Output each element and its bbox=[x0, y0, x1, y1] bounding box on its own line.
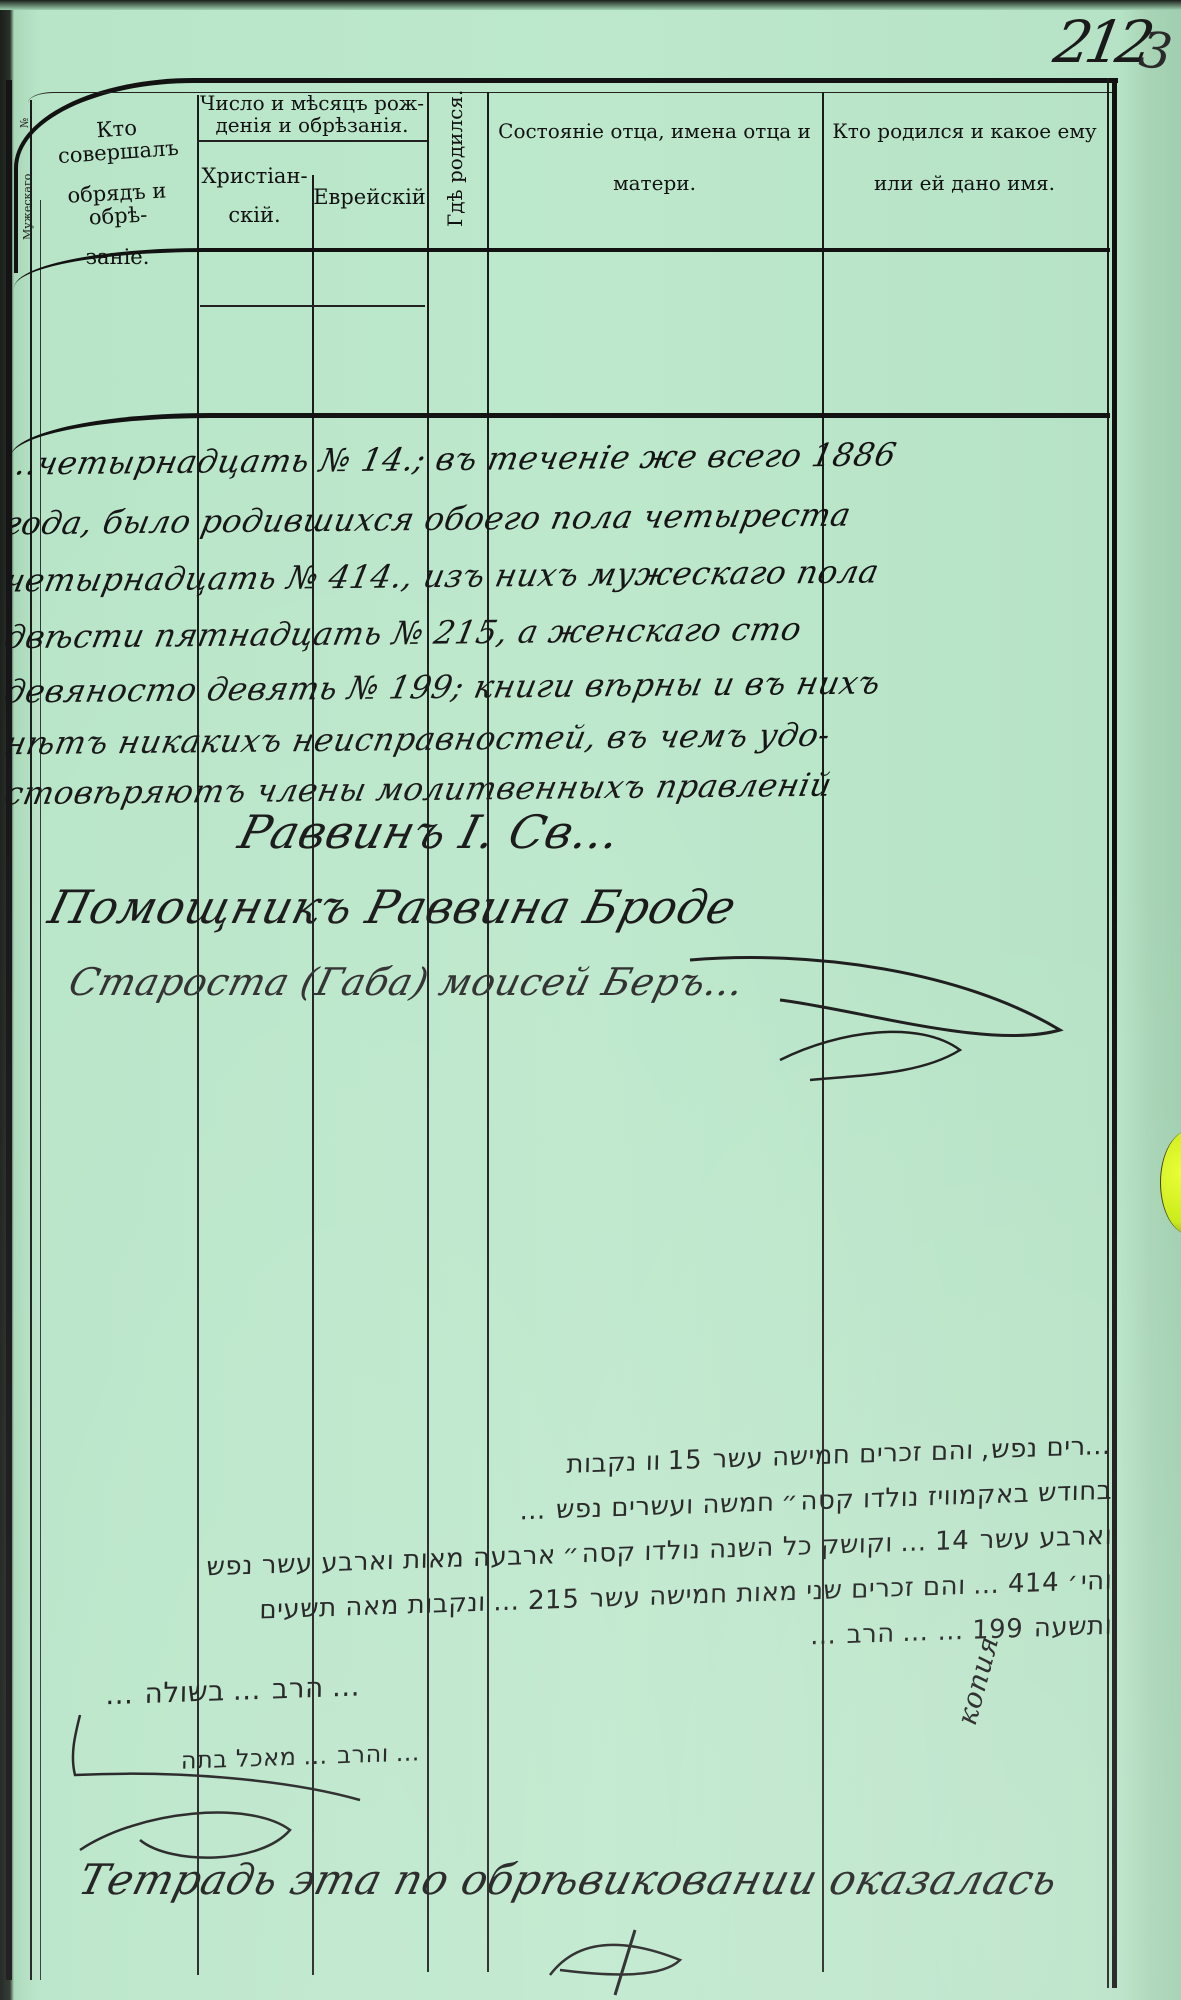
summary-line-3: четырнадцать № 414., изъ нихъ мужескаго … bbox=[1, 552, 882, 599]
date-row-divider bbox=[200, 305, 425, 307]
col-date-group-header: Число и мѣсяцъ рож- денія и обрѣзанія. bbox=[197, 92, 427, 136]
summary-line-2: года, было родившихся обоего пола четыре… bbox=[1, 496, 854, 543]
col-performer-header: Кто совершалъ обрядъ и обрѣ- заніе. bbox=[40, 118, 195, 269]
summary-line-5: девяносто девять № 199; книги вѣрны и въ… bbox=[1, 663, 884, 710]
summary-line-4: двѣсти пятнадцать № 215, а женскаго сто bbox=[1, 610, 805, 656]
signature-rabbi: Раввинъ I. Св… bbox=[233, 805, 626, 859]
table-right-border bbox=[1112, 78, 1117, 1988]
table-right-inner-border bbox=[1107, 78, 1109, 1988]
col-gender-label: Мужескаго bbox=[21, 174, 34, 240]
signature-elder: Староста (Габа) моисей Беръ… bbox=[65, 960, 750, 1004]
col-number-label: № bbox=[18, 118, 31, 128]
hebrew-signature-flourish bbox=[30, 1690, 430, 1870]
edge-mark: 3 bbox=[1136, 20, 1176, 82]
col-parents-header: Состояніе отца, имена отца и матери. bbox=[487, 120, 822, 194]
summary-line-1: …четырнадцать № 14.; въ теченіе же всего… bbox=[1, 435, 900, 482]
closing-mark bbox=[540, 1915, 720, 2000]
signature-flourish bbox=[660, 940, 1080, 1100]
marginal-note: копия bbox=[950, 1632, 1005, 1728]
page-top-edge bbox=[0, 0, 1181, 10]
book-spine-edge bbox=[6, 80, 12, 1980]
yellow-sticker bbox=[1160, 1130, 1181, 1235]
closing-line: Тетрадь эта по обрѣвиковании оказалась bbox=[74, 1855, 1063, 1904]
col-birthplace-header: Гдѣ родился. bbox=[443, 117, 467, 227]
header-top-inner-rule bbox=[28, 92, 1114, 103]
date-group-divider bbox=[197, 140, 427, 142]
summary-line-6: нѣтъ никакихъ неисправностей, въ чемъ уд… bbox=[1, 716, 834, 763]
col-child-header: Кто родился и какое ему или ей дано имя. bbox=[822, 120, 1107, 194]
col-jewish-header: Еврейскій bbox=[312, 186, 427, 209]
signature-assistant-rabbi: Помощникъ Раввина Броде bbox=[43, 880, 742, 934]
col-line-4 bbox=[487, 92, 489, 1972]
col-christian-header: Христіан- скій. bbox=[197, 165, 312, 227]
